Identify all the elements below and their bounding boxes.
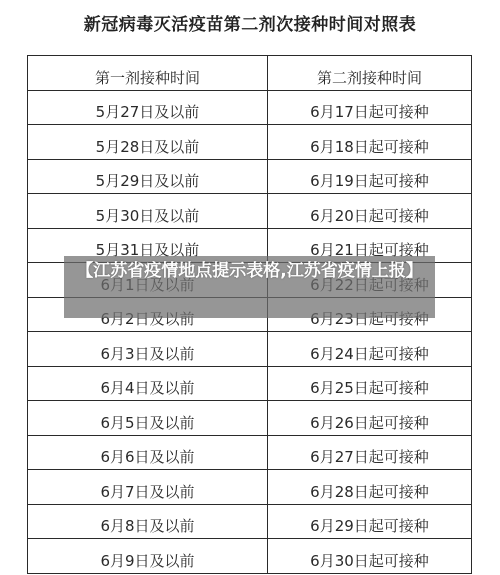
table-row: 6月8日及以前6月29日起可接种 [28,504,472,539]
column-header-first-dose: 第一剂接种时间 [28,56,268,91]
second-dose-cell: 6月20日起可接种 [268,194,472,229]
table-row: 5月29日及以前6月19日起可接种 [28,159,472,194]
second-dose-cell: 6月29日起可接种 [268,504,472,539]
second-dose-cell: 6月30日起可接种 [268,539,472,574]
table-row: 6月6日及以前6月27日起可接种 [28,435,472,470]
second-dose-cell: 6月17日起可接种 [268,90,472,125]
second-dose-cell: 6月19日起可接种 [268,159,472,194]
table-row: 6月9日及以前6月30日起可接种 [28,539,472,574]
second-dose-cell: 6月26日起可接种 [268,401,472,436]
first-dose-cell: 6月8日及以前 [28,504,268,539]
second-dose-cell: 6月28日起可接种 [268,470,472,505]
first-dose-cell: 6月7日及以前 [28,470,268,505]
first-dose-cell: 5月27日及以前 [28,90,268,125]
table-row: 6月7日及以前6月28日起可接种 [28,470,472,505]
second-dose-cell: 6月24日起可接种 [268,332,472,367]
first-dose-cell: 5月30日及以前 [28,194,268,229]
first-dose-cell: 6月6日及以前 [28,435,268,470]
table-row: 5月28日及以前6月18日起可接种 [28,125,472,160]
table-row: 6月4日及以前6月25日起可接种 [28,366,472,401]
table-row: 5月30日及以前6月20日起可接种 [28,194,472,229]
first-dose-cell: 6月5日及以前 [28,401,268,436]
table-row: 5月27日及以前6月17日起可接种 [28,90,472,125]
second-dose-cell: 6月18日起可接种 [268,125,472,160]
first-dose-cell: 5月28日及以前 [28,125,268,160]
caption-overlay-text: 【江苏省疫情地点提示表格,江苏省疫情上报】 [64,258,435,284]
table-row: 6月5日及以前6月26日起可接种 [28,401,472,436]
document-title: 新冠病毒灭活疫苗第二剂次接种时间对照表 [0,10,500,35]
first-dose-cell: 6月9日及以前 [28,539,268,574]
table-header-row: 第一剂接种时间 第二剂接种时间 [28,56,472,91]
second-dose-cell: 6月27日起可接种 [268,435,472,470]
first-dose-cell: 6月3日及以前 [28,332,268,367]
column-header-second-dose: 第二剂接种时间 [268,56,472,91]
first-dose-cell: 5月29日及以前 [28,159,268,194]
table-row: 6月3日及以前6月24日起可接种 [28,332,472,367]
second-dose-cell: 6月25日起可接种 [268,366,472,401]
first-dose-cell: 6月4日及以前 [28,366,268,401]
